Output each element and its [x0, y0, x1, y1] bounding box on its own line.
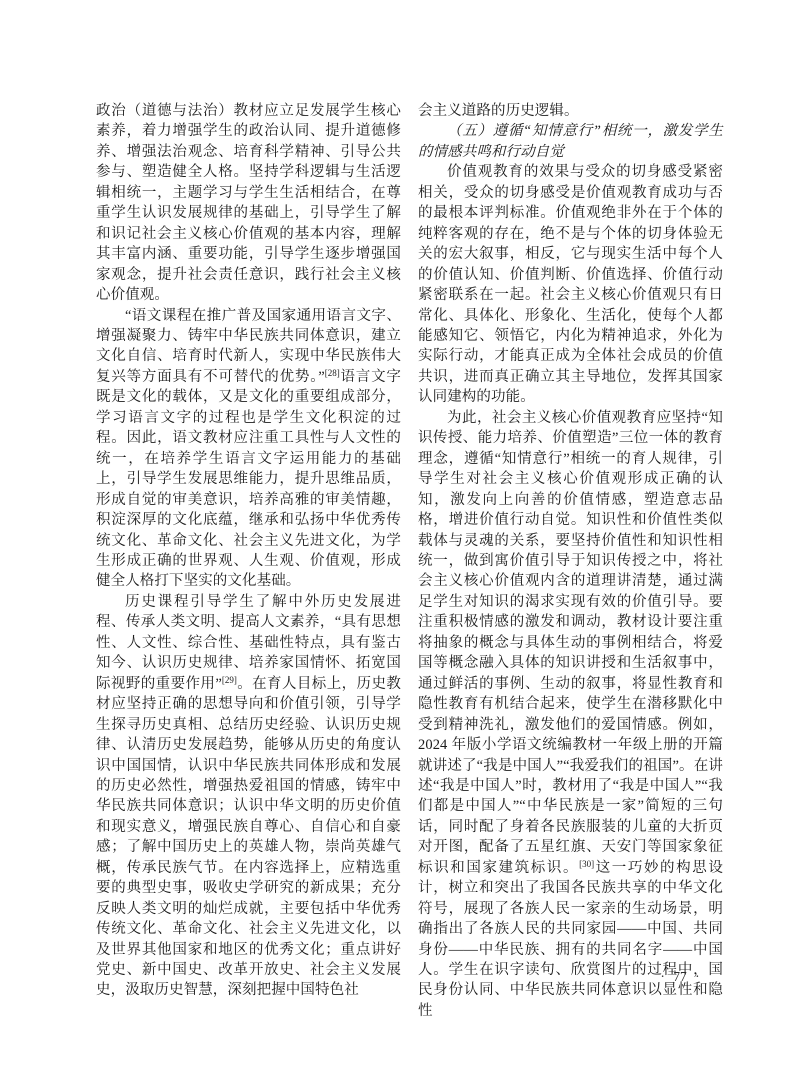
- paragraph-continuation: 会主义道路的历史逻辑。: [418, 101, 723, 121]
- right-column: 会主义道路的历史逻辑。（五）遵循“知情意行”相统一，激发学生的情感共鸣和行动自觉…: [418, 101, 723, 1021]
- journal-page: 政治（道德与法治）教材应立足发展学生核心素养，着力增强学生的政治认同、提升道德修…: [0, 0, 800, 1077]
- paragraph: 历史课程引导学生了解中外历史发展进程、传承人类文明、提高人文素养，“具有思想性、…: [96, 592, 401, 1001]
- section-heading: （五）遵循“知情意行”相统一，激发学生的情感共鸣和行动自觉: [418, 121, 723, 162]
- left-column: 政治（道德与法治）教材应立足发展学生核心素养，着力增强学生的政治认同、提升道德修…: [96, 101, 401, 1021]
- page-number: · 77 ·: [620, 969, 740, 985]
- paragraph: 价值观教育的效果与受众的切身感受紧密相关，受众的切身感受是价值观教育成功与否的最…: [418, 162, 723, 407]
- paragraph-continuation: 政治（道德与法治）教材应立足发展学生核心素养，着力增强学生的政治认同、提升道德修…: [96, 101, 401, 306]
- paragraph: 为此，社会主义核心价值观教育应坚持“知识传授、能力培养、价值塑造”三位一体的教育…: [418, 408, 723, 1022]
- paragraph: “语文课程在推广普及国家通用语言文字、增强凝聚力、铸牢中华民族共同体意识，建立文…: [96, 306, 401, 592]
- citation-marker: [29]: [222, 675, 237, 685]
- text-columns: 政治（道德与法治）教材应立足发展学生核心素养，着力增强学生的政治认同、提升道德修…: [96, 101, 723, 1021]
- citation-marker: [30]: [579, 859, 594, 869]
- citation-marker: [28]: [325, 368, 340, 378]
